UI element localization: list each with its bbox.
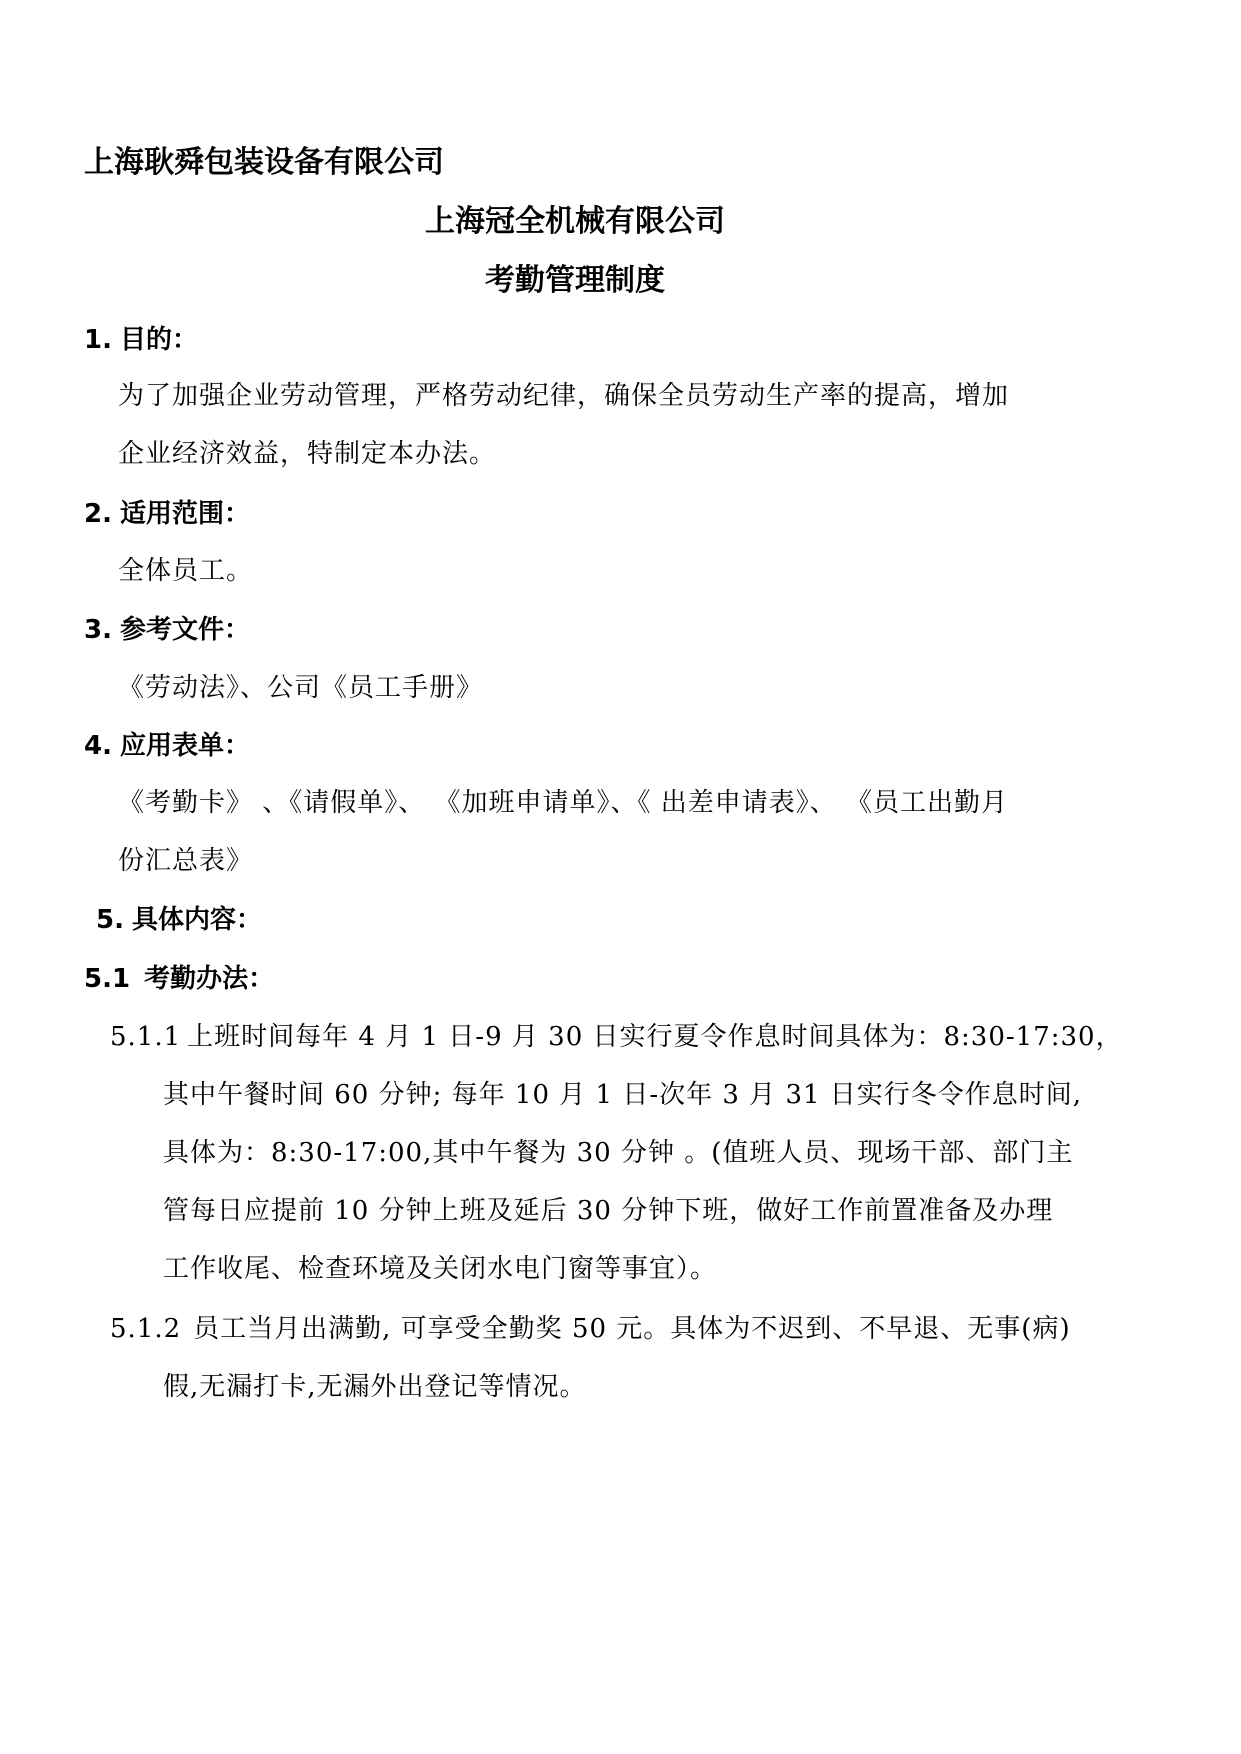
item-5-1-1-line-3: 具体为：8:30-17:00,其中午餐为 30 分钟 。(值班人员、现场干部、部…	[163, 1140, 1073, 1166]
subsection-title: 考勤办法：	[144, 964, 274, 994]
section-number: 3.	[84, 615, 112, 645]
section-4-line-1: 《考勤卡》 、《请假单》、 《加班申请单》、《 出差申请表》、 《员工出勤月	[118, 790, 1008, 816]
item-5-1-1-line-2: 其中午餐时间 60 分钟; 每年 10 月 1 日-次年 3 月 31 日实行冬…	[163, 1082, 1082, 1108]
company-secondary-title: 上海冠全机械有限公司	[0, 207, 1150, 237]
section-number: 5.	[96, 905, 124, 935]
section-number: 2.	[84, 499, 112, 529]
section-5-heading: 5.具体内容：	[96, 907, 262, 933]
item-number: 5.1.2	[110, 1314, 181, 1344]
section-2-heading: 2.适用范围：	[84, 501, 250, 527]
section-title: 参考文件：	[120, 615, 250, 645]
section-1-line-2: 企业经济效益，特制定本办法。	[118, 441, 496, 467]
item-5-1-1-line-5: 工作收尾、检查环境及关闭水电门窗等事宜）。	[163, 1256, 717, 1282]
section-4-line-2: 份汇总表》	[118, 848, 253, 874]
section-3-line-1: 《劳动法》、公司《员工手册》	[118, 675, 483, 701]
section-title: 适用范围：	[120, 499, 250, 529]
item-5-1-1-line-4: 管每日应提前 10 分钟上班及延后 30 分钟下班，做好工作前置准备及办理	[163, 1198, 1053, 1224]
item-text: 上班时间每年 4 月 1 日-9 月 30 日实行夏令作息时间具体为：8:30-…	[187, 1022, 1122, 1052]
section-number: 1.	[84, 325, 112, 355]
section-3-heading: 3.参考文件：	[84, 617, 250, 643]
company-primary-title: 上海耿舜包装设备有限公司	[84, 148, 444, 178]
section-title: 具体内容：	[132, 905, 262, 935]
item-5-1-2-line-1: 5.1.2员工当月出满勤, 可享受全勤奖 50 元。具体为不迟到、不早退、无事(…	[110, 1316, 1071, 1342]
section-number: 4.	[84, 731, 112, 761]
section-4-heading: 4.应用表单：	[84, 733, 250, 759]
section-1-line-1: 为了加强企业劳动管理，严格劳动纪律，确保全员劳动生产率的提高，增加	[118, 383, 1009, 409]
section-title: 应用表单：	[120, 731, 250, 761]
item-text: 员工当月出满勤, 可享受全勤奖 50 元。具体为不迟到、不早退、无事(病)	[193, 1314, 1070, 1344]
section-2-line-1: 全体员工。	[118, 558, 253, 584]
subsection-number: 5.1	[84, 964, 130, 994]
document-title: 考勤管理制度	[0, 266, 1150, 296]
item-5-1-2-line-2: 假,无漏打卡,无漏外出登记等情况。	[163, 1374, 587, 1400]
item-5-1-1-line-1: 5.1.1上班时间每年 4 月 1 日-9 月 30 日实行夏令作息时间具体为：…	[110, 1024, 1123, 1050]
section-title: 目的：	[120, 325, 198, 355]
subsection-5-1-heading: 5.1考勤办法：	[84, 966, 274, 992]
section-1-heading: 1.目的：	[84, 327, 198, 353]
item-number: 5.1.1	[110, 1022, 181, 1052]
